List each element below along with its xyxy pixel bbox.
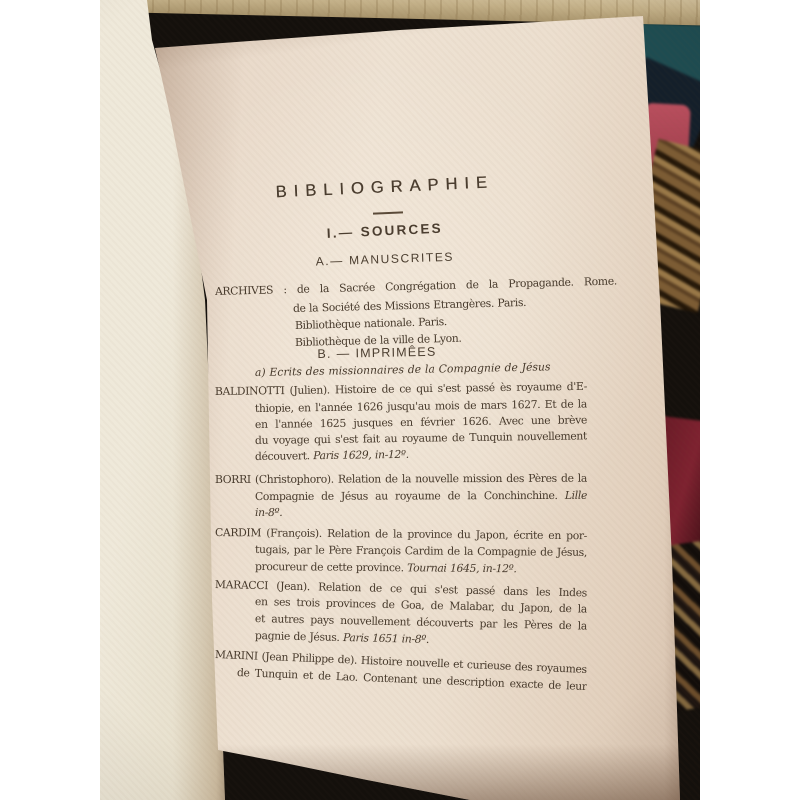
book-photograph: BIBLIOGRAPHIE I.— SOURCES A.— MANUSCRITE… [100,0,700,800]
entry-baldinotti-line-4: du voyage qui s'est fait au royaume de T… [255,428,587,449]
entry-borri-line-3: in-8º. [255,505,282,521]
entry-maracci-line-4: pagnie de Jésus. Paris 1651 in-8º. [255,628,429,648]
entry-cardim-line-2: tugais, par le Père François Cardim de l… [255,542,587,561]
page-title: BIBLIOGRAPHIE [215,173,555,204]
entry-baldinotti-line-5: découvert. Paris 1629, in-12º. [255,447,409,465]
printed-text-block: BIBLIOGRAPHIE I.— SOURCES A.— MANUSCRITE… [215,150,625,750]
baldinotti-citation: Paris 1629, in-12º. [313,448,409,462]
subsection-heading-manuscrites: A.— MANUSCRITES [215,246,555,274]
entry-borri-line-1: BORRI (Christophoro). Relation de la nou… [215,471,587,488]
archives-line-2: de la Société des Missions Etrangères. P… [293,295,527,317]
entry-borri-line-2: Compagnie de Jésus au royaume de la Conc… [255,488,587,505]
maracci-citation: Paris 1651 in-8º. [343,631,429,646]
screenshot-canvas: BIBLIOGRAPHIE I.— SOURCES A.— MANUSCRITE… [0,0,800,800]
entry-cardim-line-3: procureur de cette province. Tournai 164… [255,559,517,577]
archives-line-1: ARCHIVES : de la Sacrée Congrégation de … [215,273,617,300]
section-heading-sources: I.— SOURCES [215,216,555,247]
cardim-citation: Tournai 1645, in-12º. [407,561,516,575]
title-rule [373,211,403,214]
